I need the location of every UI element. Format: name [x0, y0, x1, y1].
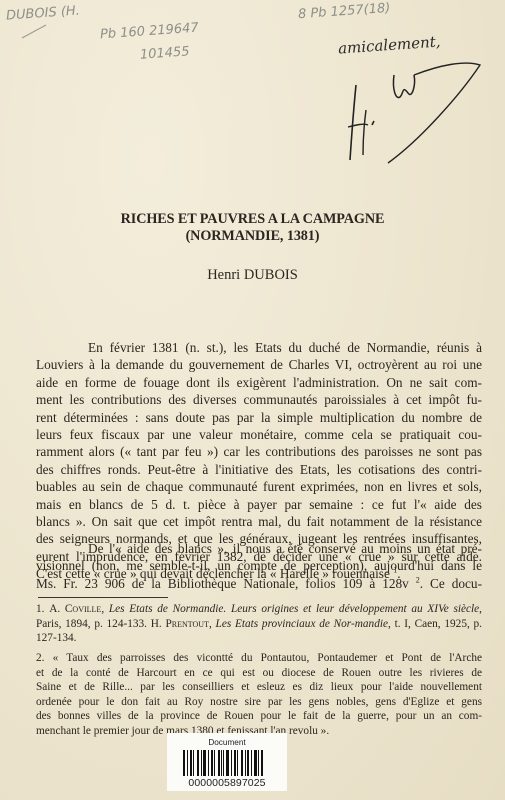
- arrow-mark-icon: [20, 22, 50, 42]
- body-line: blancs ». On sait que cet impôt rentra m…: [36, 513, 482, 530]
- handwritten-catalog-number: Pb 160 219647: [100, 21, 200, 43]
- body-line: buables au sein de chaque communauté fur…: [36, 478, 482, 495]
- body-line: En février 1381 (n. st.), les Etats du d…: [36, 339, 482, 356]
- article-subtitle: (NORMANDIE, 1381): [0, 228, 505, 245]
- barcode-icon: [183, 750, 271, 776]
- body-line: ment les contributions des diverses comm…: [36, 391, 482, 408]
- body-line-end: . Ce docu-: [420, 576, 482, 591]
- body-line: visionnel (non, me semble-t-il, un compt…: [36, 557, 482, 574]
- footnote-title: mandie: [355, 618, 388, 630]
- body-line: des chiffres ronds. Peut-être à l'initia…: [36, 461, 482, 478]
- barcode-label: Document: [167, 738, 287, 747]
- handwritten-dedication: amicalement,: [337, 32, 441, 57]
- footnote-1: 1. A. Coville, Les Etats de Normandie. L…: [36, 602, 482, 646]
- footnote-number: 1.: [36, 603, 44, 615]
- article-author: Henri DUBOIS: [0, 267, 505, 284]
- signature-icon: [330, 55, 490, 165]
- footnote-author: A. Coville: [49, 603, 101, 615]
- footnote-title: Les Etats provinciaux de Nor-: [216, 618, 355, 630]
- article-title: RICHES ET PAUVRES A LA CAMPAGNE: [0, 211, 505, 228]
- footnote-line: ordenée pour le don fait au Roy nostre s…: [36, 695, 482, 710]
- body-line: rent déterminées : sans doute pas par la…: [36, 409, 482, 426]
- body-line: Ms. Fr. 23 906 de la Bibliothèque Nation…: [36, 575, 482, 592]
- barcode-number: 0000005897025: [167, 777, 287, 789]
- footnote-title: Les Etats de Normandie. Leurs origines e…: [109, 603, 423, 615]
- footnote-line: Saine et de Rille... par les conseillier…: [36, 680, 482, 695]
- footnote-line: des bonnes villes de la province de Roue…: [36, 709, 482, 724]
- footnote-line: 2. « Taux des parroisses des vicontté du…: [36, 651, 482, 666]
- body-line: mais en blancs de 5 d. t. pièce à payer …: [36, 496, 482, 513]
- paragraph-2: De l'« aide des blancs », il nous a été …: [36, 540, 482, 592]
- body-line: ramment alors (« tant par feu ») car les…: [36, 443, 482, 460]
- footnote-author: Prentout: [165, 618, 208, 630]
- handwritten-author-note: DUBOIS (H.: [6, 3, 81, 23]
- footnote-2: 2. « Taux des parroisses des vicontté du…: [36, 651, 482, 739]
- barcode-sticker: Document 0000005897025: [167, 733, 287, 791]
- footnote-line: et de la conté de Harcourt en ce qui est…: [36, 666, 482, 681]
- footnote-title: XIVe siècle: [427, 603, 479, 615]
- body-line: aide en forme de fouage dont ils exigère…: [36, 374, 482, 391]
- body-line-text: Ms. Fr. 23 906 de la Bibliothèque Nation…: [36, 576, 409, 591]
- handwritten-shelfmark: 8 Pb 1257(18): [298, 1, 391, 22]
- body-line: De l'« aide des blancs », il nous a été …: [36, 540, 482, 557]
- body-line: Louviers à la demande du gouvernement de…: [36, 356, 482, 373]
- body-line: leurs feux fiscaux par une valeur monéta…: [36, 426, 482, 443]
- footnote-divider: [38, 597, 168, 598]
- handwritten-catalog-number-2: 101455: [140, 44, 191, 62]
